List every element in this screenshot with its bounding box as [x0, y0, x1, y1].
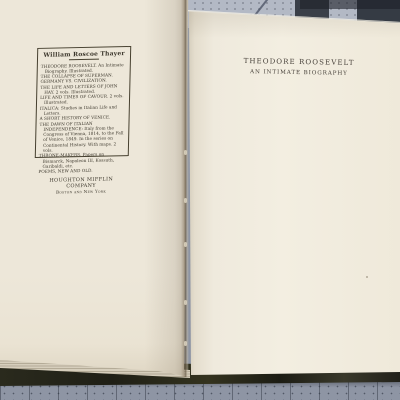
- book-photo-scene: William Roscoe Thayer THEODORE ROOSEVELT…: [0, 0, 400, 400]
- binding-stitch: [184, 198, 187, 203]
- author-works-plaque: William Roscoe Thayer THEODORE ROOSEVELT…: [35, 46, 131, 158]
- book-title: THEODORE ROOSEVELT: [232, 57, 366, 67]
- binding-stitch: [184, 300, 187, 305]
- book-list-entry: THE DAWN OF ITALIAN INDEPENDENCE: Italy …: [39, 120, 126, 154]
- binding-stitch: [184, 150, 187, 155]
- book-list-entry: THRONE-MAKERS. Papers on Bismarck, Napol…: [39, 151, 125, 169]
- page-speck: [366, 276, 368, 278]
- title-page-text: THEODORE ROOSEVELT AN INTIMATE BIOGRAPHY: [232, 57, 366, 77]
- binding-stitch: [184, 242, 187, 247]
- book-gutter: [181, 0, 189, 377]
- author-name: William Roscoe Thayer: [41, 50, 127, 59]
- binding-stitch: [184, 341, 187, 346]
- plaque-divider-rule: [69, 59, 99, 61]
